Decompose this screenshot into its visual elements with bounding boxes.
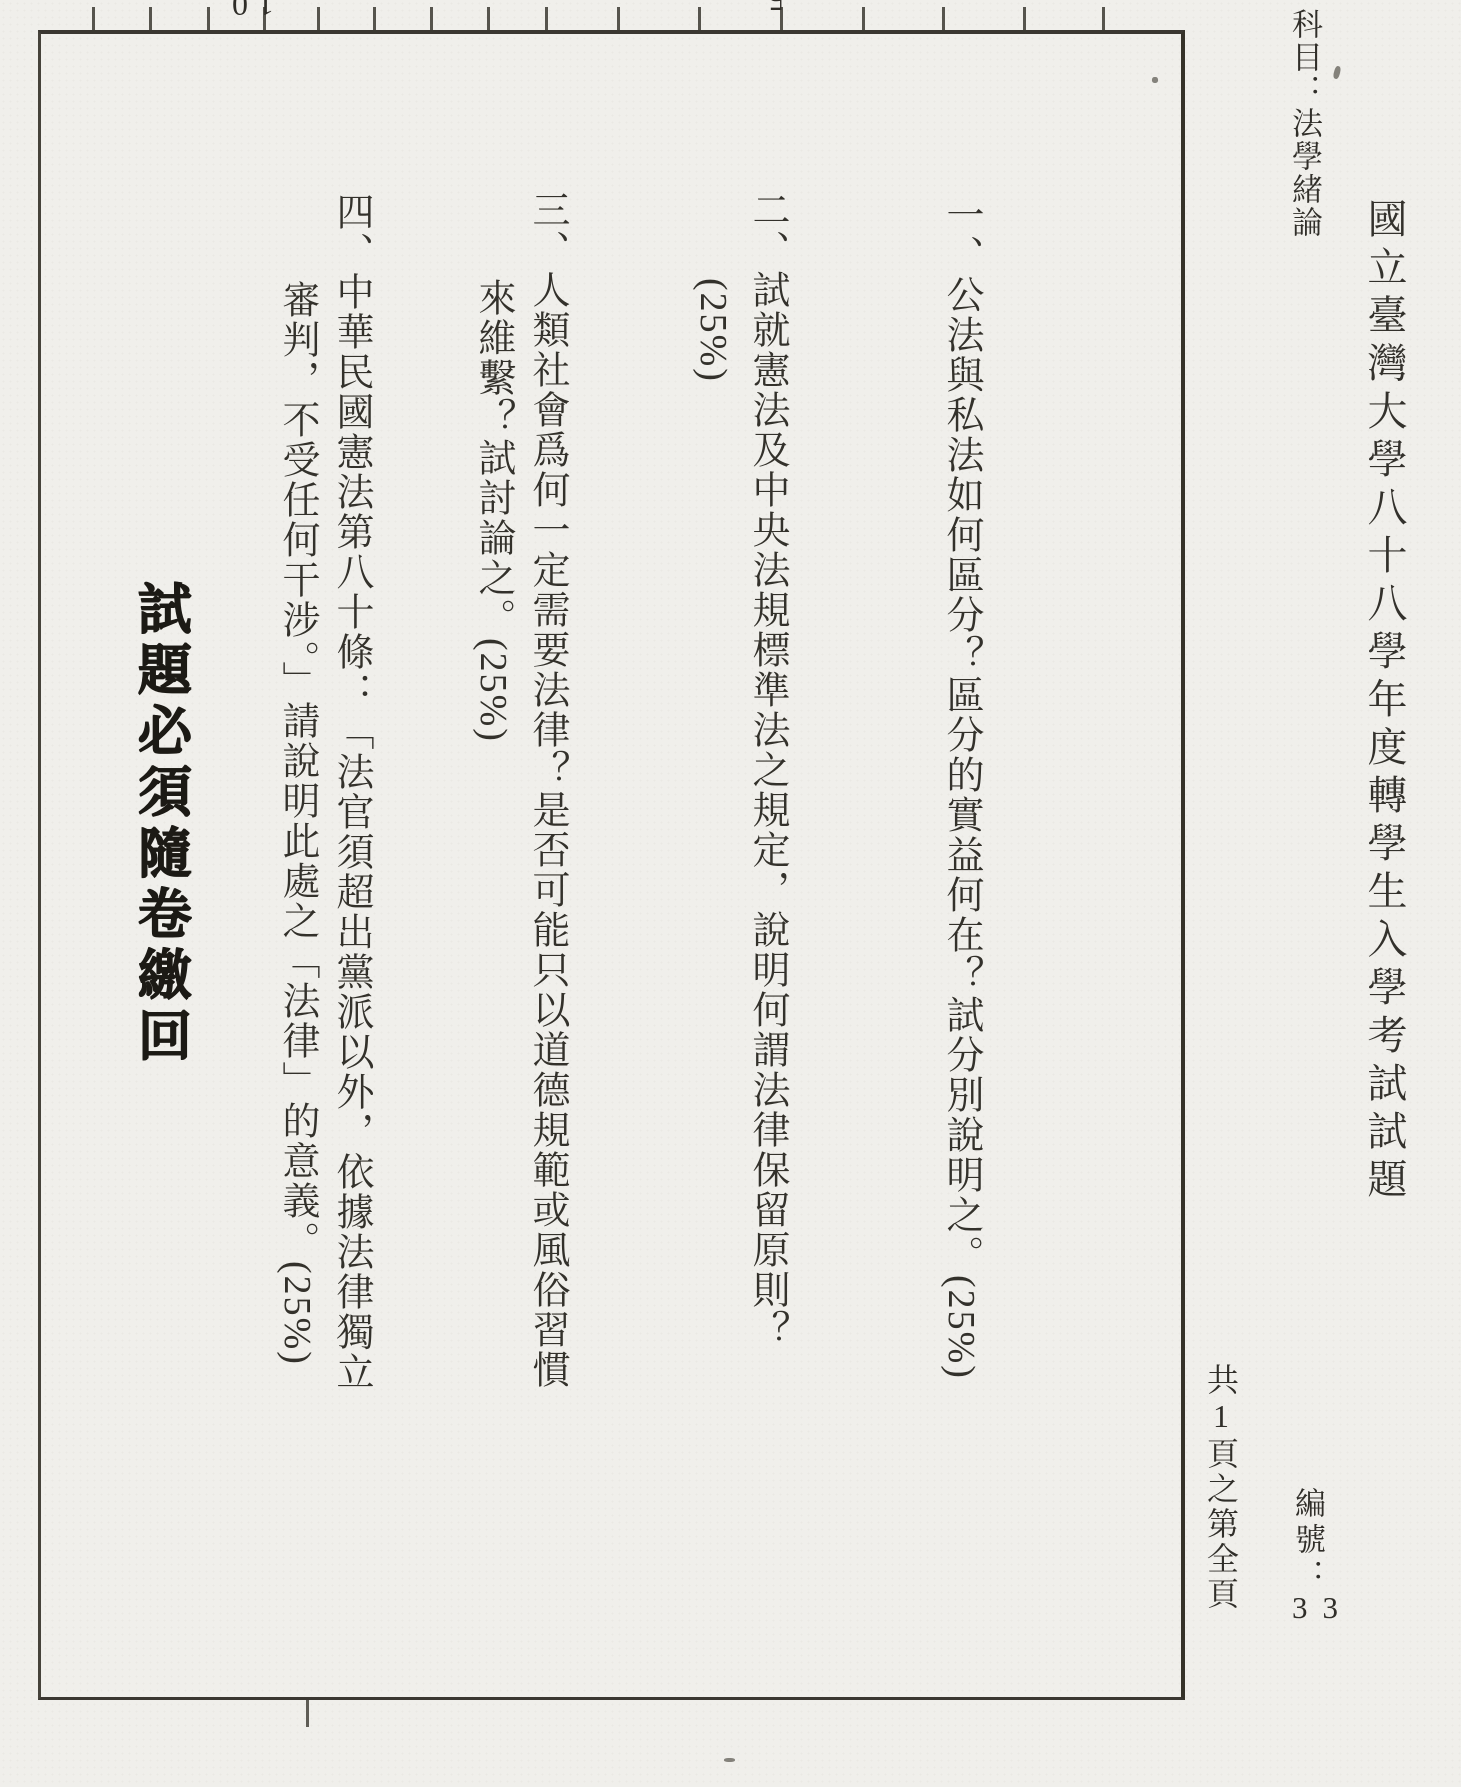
exam-title: 國立臺灣大學八十八學年度轉學生入學考試試題 bbox=[1355, 198, 1413, 1206]
scan-speck bbox=[724, 1758, 735, 1762]
ruler-tick bbox=[487, 7, 490, 32]
ruler-label-10: 10 bbox=[222, 0, 274, 23]
ruler-tick bbox=[1102, 7, 1105, 32]
serial-label: 編號： bbox=[1287, 1487, 1327, 1595]
scan-speck bbox=[1152, 77, 1158, 83]
ruler-tick bbox=[942, 7, 945, 32]
ruler-tick bbox=[373, 7, 376, 32]
ruler-tick bbox=[545, 7, 548, 32]
ruler-tick bbox=[92, 7, 95, 32]
ruler-label-5: 5 bbox=[768, 0, 784, 18]
scan-speck bbox=[1333, 65, 1342, 79]
question-4: 四、中華民國憲法第八十條：「法官須超出黨派以外，依據法律獨立 審判，不受任何干涉… bbox=[266, 192, 378, 1610]
serial-number: 33 bbox=[1292, 1590, 1353, 1626]
ruler-tick bbox=[149, 7, 152, 32]
ruler-tick-bottom bbox=[306, 1700, 309, 1727]
page-count-note: 共1頁之第全頁 bbox=[1200, 1363, 1242, 1612]
return-notice-stamp: 試題必須隨卷繳回 bbox=[126, 580, 194, 1068]
ruler-tick bbox=[430, 7, 433, 32]
subject-label: 科目：法學緒論 bbox=[1283, 8, 1325, 239]
question-1: 一、公法與私法如何區分？區分的實益何在？試分別說明之。(25%) bbox=[930, 195, 988, 1613]
scanned-exam-page: { "document": { "title": "國立臺灣大學八十八學年度轉學… bbox=[0, 0, 1461, 1787]
ruler-tick bbox=[207, 7, 210, 32]
ruler-tick bbox=[698, 7, 701, 32]
question-3: 三、人類社會爲何一定需要法律？是否可能只以道德規範或風俗習慣 來維繫？試討論之。… bbox=[462, 190, 574, 1608]
ruler-tick bbox=[862, 7, 865, 32]
ruler-tick bbox=[1023, 7, 1026, 32]
ruler-tick bbox=[617, 7, 620, 32]
question-2: 二、試就憲法及中央法規標準法之規定，說明何謂法律保留原則？ (25%) bbox=[682, 190, 794, 1608]
content-frame-border bbox=[38, 30, 1185, 1700]
ruler-tick bbox=[317, 7, 320, 32]
